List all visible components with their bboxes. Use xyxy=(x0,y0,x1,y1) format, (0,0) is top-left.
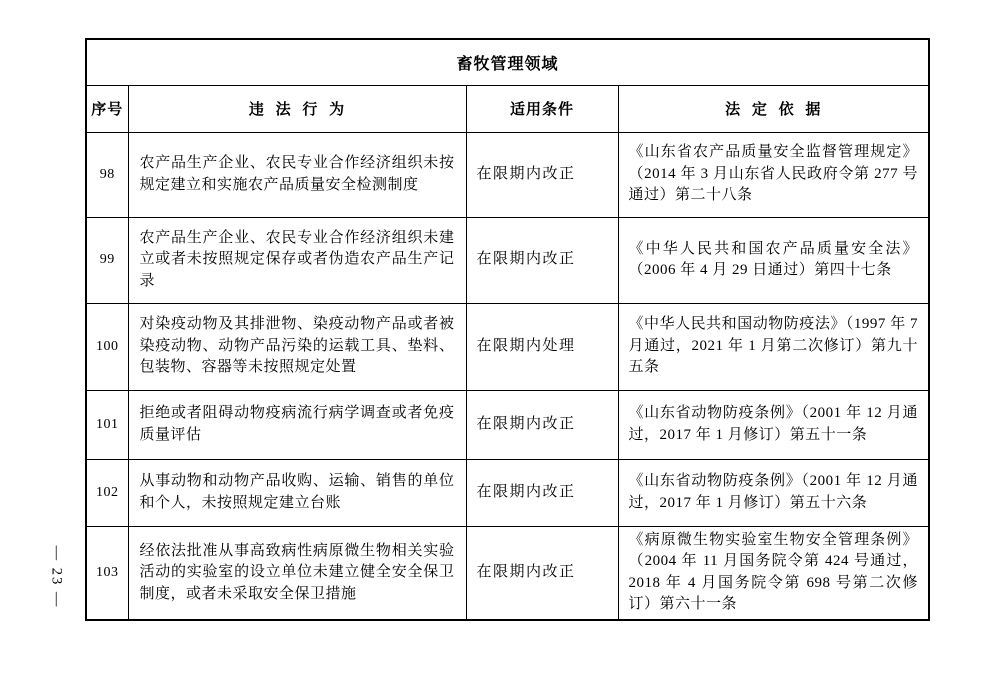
column-header-legal-basis: 法 定 依 据 xyxy=(618,85,929,132)
condition-cell: 在限期内改正 xyxy=(466,390,618,459)
regulation-table: 畜牧管理领域 序号 违 法 行 为 适用条件 法 定 依 据 98 农产品生产企… xyxy=(85,38,930,621)
row-serial: 99 xyxy=(86,217,128,303)
table-title: 畜牧管理领域 xyxy=(86,39,929,85)
row-serial: 101 xyxy=(86,390,128,459)
column-header-condition: 适用条件 xyxy=(466,85,618,132)
table-title-row: 畜牧管理领域 xyxy=(86,39,929,85)
condition-cell: 在限期内改正 xyxy=(466,217,618,303)
table-row: 103 经依法批准从事高致病性病原微生物相关实验活动的实验室的设立单位未建立健全… xyxy=(86,526,929,620)
row-serial: 102 xyxy=(86,459,128,526)
legal-basis-cell: 《山东省动物防疫条例》（2001 年 12 月通过，2017 年 1 月修订）第… xyxy=(618,390,929,459)
violation-cell: 拒绝或者阻碍动物疫病流行病学调查或者免疫质量评估 xyxy=(128,390,466,459)
row-serial: 103 xyxy=(86,526,128,620)
condition-cell: 在限期内处理 xyxy=(466,303,618,390)
table-header-row: 序号 违 法 行 为 适用条件 法 定 依 据 xyxy=(86,85,929,132)
table-row: 101 拒绝或者阻碍动物疫病流行病学调查或者免疫质量评估 在限期内改正 《山东省… xyxy=(86,390,929,459)
column-header-serial: 序号 xyxy=(86,85,128,132)
violation-cell: 农产品生产企业、农民专业合作经济组织未按规定建立和实施农产品质量安全检测制度 xyxy=(128,132,466,217)
page-number: — 23 — xyxy=(48,546,65,609)
table-row: 102 从事动物和动物产品收购、运输、销售的单位和个人，未按照规定建立台账 在限… xyxy=(86,459,929,526)
table-row: 98 农产品生产企业、农民专业合作经济组织未按规定建立和实施农产品质量安全检测制… xyxy=(86,132,929,217)
violation-cell: 农产品生产企业、农民专业合作经济组织未建立或者未按照规定保存或者伪造农产品生产记… xyxy=(128,217,466,303)
legal-basis-cell: 《中华人民共和国动物防疫法》（1997 年 7 月通过，2021 年 1 月第二… xyxy=(618,303,929,390)
legal-basis-cell: 《中华人民共和国农产品质量安全法》（2006 年 4 月 29 日通过）第四十七… xyxy=(618,217,929,303)
column-header-violation: 违 法 行 为 xyxy=(128,85,466,132)
condition-cell: 在限期内改正 xyxy=(466,132,618,217)
condition-cell: 在限期内改正 xyxy=(466,459,618,526)
violation-cell: 从事动物和动物产品收购、运输、销售的单位和个人，未按照规定建立台账 xyxy=(128,459,466,526)
legal-basis-cell: 《山东省农产品质量安全监督管理规定》（2014 年 3 月山东省人民政府令第 2… xyxy=(618,132,929,217)
row-serial: 100 xyxy=(86,303,128,390)
row-serial: 98 xyxy=(86,132,128,217)
legal-basis-cell: 《病原微生物实验室生物安全管理条例》（2004 年 11 月国务院令第 424 … xyxy=(618,526,929,620)
condition-cell: 在限期内改正 xyxy=(466,526,618,620)
violation-cell: 对染疫动物及其排泄物、染疫动物产品或者被染疫动物、动物产品污染的运载工具、垫料、… xyxy=(128,303,466,390)
legal-basis-cell: 《山东省动物防疫条例》（2001 年 12 月通过，2017 年 1 月修订）第… xyxy=(618,459,929,526)
table-row: 100 对染疫动物及其排泄物、染疫动物产品或者被染疫动物、动物产品污染的运载工具… xyxy=(86,303,929,390)
table-row: 99 农产品生产企业、农民专业合作经济组织未建立或者未按照规定保存或者伪造农产品… xyxy=(86,217,929,303)
violation-cell: 经依法批准从事高致病性病原微生物相关实验活动的实验室的设立单位未建立健全安全保卫… xyxy=(128,526,466,620)
